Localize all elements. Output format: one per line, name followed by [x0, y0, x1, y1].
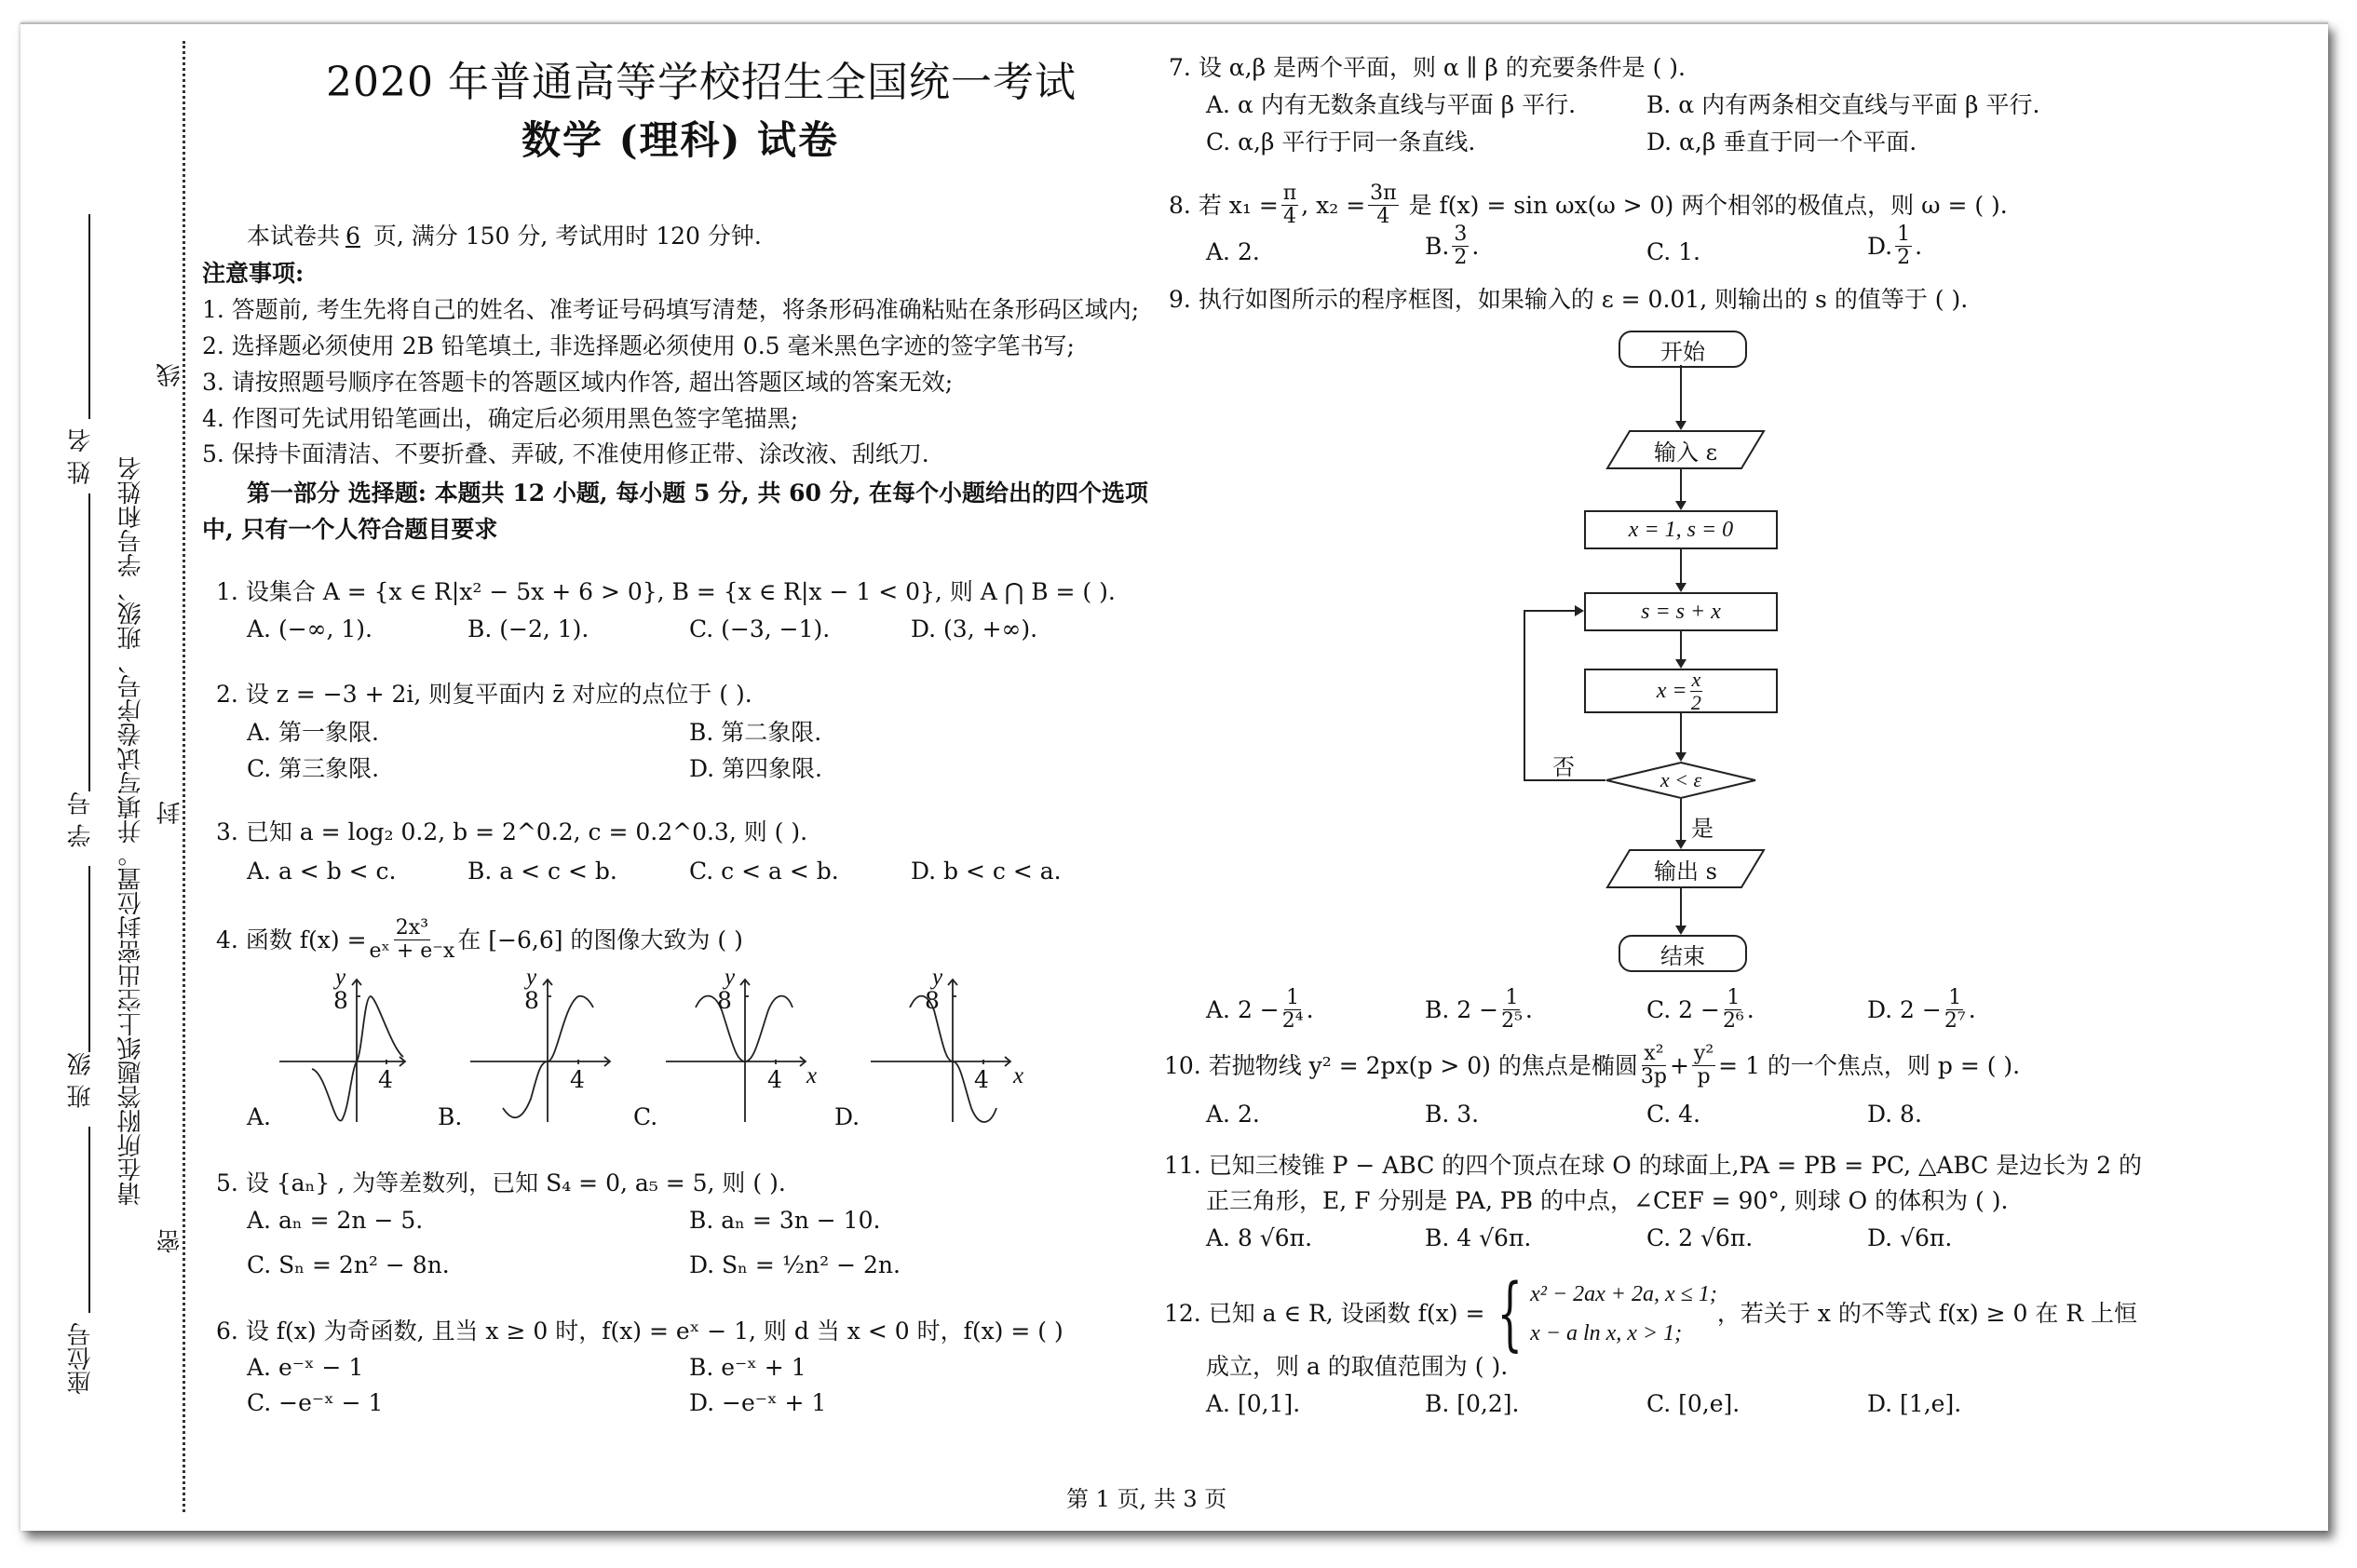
q4d-tick-8: 8 — [925, 987, 940, 1014]
arrow-down-icon — [1675, 421, 1686, 430]
flowchart-end: 结束 — [1619, 935, 1747, 972]
option-label: B. — [1425, 232, 1449, 262]
fraction-denominator: p — [1698, 1066, 1711, 1088]
q11-option-b[interactable]: B. 4 √6π. — [1425, 1223, 1531, 1253]
fraction-numerator: 3π — [1368, 182, 1398, 206]
q7-option-b[interactable]: B. α 内有两条相交直线与平面 β 平行. — [1646, 90, 2039, 120]
q10-option-c[interactable]: C. 4. — [1646, 1100, 1700, 1129]
fraction-denominator: 2⁵ — [1501, 1010, 1523, 1033]
note-4: 4. 作图可先试用铅笔画出，确定后必须用黑色签字笔描黑; — [202, 404, 798, 434]
q5-option-c[interactable]: C. Sₙ = 2n² − 8n. — [247, 1250, 450, 1280]
flowchart-connector — [1680, 799, 1682, 845]
class-field-line[interactable] — [88, 1127, 90, 1313]
q4-option-c[interactable]: C. — [633, 1103, 657, 1130]
q3-option-a[interactable]: A. a < b < c. — [247, 857, 397, 886]
pages-value: 6 — [340, 223, 366, 250]
fraction-numerator: 1 — [1946, 987, 1963, 1010]
q6-option-c[interactable]: C. −e⁻ˣ − 1 — [247, 1388, 383, 1418]
q12-option-d[interactable]: D. [1,e]. — [1867, 1389, 1961, 1419]
halve-lhs: x = — [1657, 679, 1687, 704]
exam-subtitle: 数学 (理科) 试卷 — [522, 110, 839, 166]
option-label: C. 2 − — [1646, 995, 1720, 1025]
q9-option-a[interactable]: A. 2 − 12⁴. — [1206, 987, 1314, 1033]
q6-option-d[interactable]: D. −e⁻ˣ + 1 — [689, 1388, 826, 1418]
q2-option-a[interactable]: A. 第一象限. — [247, 718, 379, 748]
q4a-tick-4: 4 — [378, 1066, 393, 1093]
pages-suffix: 页, 满分 150 分, 考试用时 120 分钟. — [373, 223, 762, 250]
class-label: 班 级 — [67, 1052, 95, 1108]
flowchart-condition: x < ε — [1605, 762, 1756, 799]
question-number: 1. — [216, 578, 238, 605]
flowchart-output: 输出 s — [1606, 849, 1765, 888]
q6-option-a[interactable]: A. e⁻ˣ − 1 — [247, 1353, 363, 1383]
q12-option-a[interactable]: A. [0,1]. — [1206, 1389, 1300, 1419]
q1-option-a[interactable]: A. (−∞, 1). — [247, 615, 373, 644]
q11-option-a[interactable]: A. 8 √6π. — [1206, 1223, 1312, 1253]
question-text-suffix: = 1 的一个焦点，则 p = ( ). — [1718, 1051, 2020, 1081]
flowchart-init: x = 1, s = 0 — [1584, 510, 1778, 549]
fraction-denominator: 2 — [1691, 692, 1701, 714]
question-1-stem: 1. 设集合 A = {x ∈ R|x² − 5x + 6 > 0}, B = … — [216, 577, 1116, 607]
flowchart-accumulate: s = s + x — [1584, 592, 1778, 631]
piecewise-case-1: x² − 2ax + 2a, x ≤ 1; — [1530, 1275, 1717, 1314]
question-text: 设集合 A = {x ∈ R|x² − 5x + 6 > 0}, B = {x … — [246, 578, 1116, 605]
q8-option-d[interactable]: D. 12. — [1867, 223, 1922, 269]
flowchart-connector — [1680, 365, 1682, 428]
q4b-tick-4: 4 — [570, 1066, 585, 1093]
question-text-mid: , x₂ = — [1301, 191, 1365, 221]
question-text-suffix: 在 [−6,6] 的图像大致为 ( ) — [457, 926, 743, 955]
q8-option-b[interactable]: B. 32. — [1425, 223, 1479, 269]
fraction-denominator: 4 — [1283, 206, 1296, 228]
option-fraction: 12⁷ — [1944, 987, 1966, 1033]
q2-option-c[interactable]: C. 第三象限. — [247, 754, 379, 784]
name-label: 姓 名 — [67, 428, 95, 484]
seal-mark-seal: 封 — [156, 801, 184, 825]
fraction-denominator: 2 — [1897, 247, 1910, 269]
q10-option-d[interactable]: D. 8. — [1867, 1100, 1922, 1129]
q2-option-d[interactable]: D. 第四象限. — [689, 754, 822, 784]
question-9-stem: 9. 执行如图所示的程序框图，如果输入的 ε = 0.01, 则输出的 s 的值… — [1169, 285, 1968, 315]
question-2-stem: 2. 设 z = −3 + 2i, 则复平面内 z̄ 对应的点位于 ( ). — [216, 680, 752, 710]
question-10-stem: 10. 若抛物线 y² = 2px(p > 0) 的焦点是椭圆 x²3p + y… — [1164, 1043, 2020, 1088]
q4a-tick-8: 8 — [333, 987, 348, 1014]
notes-heading: 注意事项: — [202, 259, 304, 289]
q9-option-c[interactable]: C. 2 − 12⁶. — [1646, 987, 1754, 1033]
question-12-stem-line2: 成立，则 a 的取值范围为 ( ). — [1206, 1352, 1508, 1382]
seal-mark-line: 线 — [156, 363, 184, 387]
option-fraction: 12 — [1895, 223, 1912, 269]
seal-dotted-line — [183, 41, 185, 1512]
fraction-numerator: y² — [1692, 1043, 1715, 1066]
q4-option-b[interactable]: B. — [438, 1103, 462, 1130]
question-number: 2. — [216, 681, 238, 708]
q9-option-d[interactable]: D. 2 − 12⁷. — [1867, 987, 1976, 1033]
q4d-tick-4: 4 — [974, 1066, 989, 1093]
q11-option-c[interactable]: C. 2 √6π. — [1646, 1223, 1753, 1253]
q9-option-b[interactable]: B. 2 − 12⁵. — [1425, 987, 1533, 1033]
pages-prefix: 本试卷共 — [247, 223, 340, 250]
flowchart-halve: x = x2 — [1584, 669, 1778, 713]
q3-option-b[interactable]: B. a < c < b. — [467, 857, 617, 886]
note-1: 1. 答题前, 考生先将自己的姓名、准考证号码填写清楚，将条形码准确粘贴在条形码… — [202, 295, 1139, 325]
fraction-numerator: 1 — [1503, 987, 1520, 1010]
piecewise-function: { x² − 2ax + 2a, x ≤ 1; x − a ln x, x > … — [1484, 1274, 1716, 1354]
option-label: B. 2 − — [1425, 995, 1498, 1025]
arrow-down-icon — [1675, 926, 1686, 935]
question-text-suffix: 是 f(x) = sin ωx(ω > 0) 两个相邻的极值点，则 ω = ( … — [1409, 191, 2008, 221]
fraction-denominator: 2⁴ — [1282, 1010, 1304, 1033]
halve-fraction: x2 — [1690, 669, 1703, 714]
q7-option-a[interactable]: A. α 内有无数条直线与平面 β 平行. — [1206, 90, 1576, 120]
q1-option-b[interactable]: B. (−2, 1). — [467, 615, 589, 644]
question-number: 4. — [216, 926, 238, 955]
question-text: 若 x₁ = — [1199, 191, 1279, 221]
q4-graphs — [237, 968, 1169, 1145]
question-12-stem: 12. 已知 a ∈ R, 设函数 f(x) = { x² − 2ax + 2a… — [1164, 1274, 2137, 1354]
q3-option-c[interactable]: C. c < a < b. — [689, 857, 839, 886]
ellipse-y-fraction: y²p — [1692, 1043, 1715, 1088]
fraction-denominator: eˣ + e⁻x — [370, 940, 455, 963]
q2-option-b[interactable]: B. 第二象限. — [689, 718, 821, 748]
seal-mark-secret: 密 — [156, 1229, 184, 1253]
question-number: 11. — [1164, 1152, 1201, 1179]
fraction-numerator: x — [1690, 669, 1703, 692]
note-5: 5. 保持卡面清洁、不要折叠、弄破, 不准使用修正带、涂改液、刮纸刀. — [202, 439, 929, 469]
question-4-stem: 4. 函数 f(x) = 2x³eˣ + e⁻x 在 [−6,6] 的图像大致为… — [216, 917, 743, 963]
option-label: A. 2 − — [1206, 995, 1280, 1025]
arrow-down-icon — [1675, 659, 1686, 669]
question-text: 已知 a = log₂ 0.2, b = 2^0.2, c = 0.2^0.3,… — [246, 818, 807, 845]
question-number: 3. — [216, 818, 238, 845]
fraction-numerator: 1 — [1725, 987, 1741, 1010]
question-number: 10. — [1164, 1051, 1201, 1081]
fraction-numerator: x² — [1642, 1043, 1665, 1066]
question-text: 已知三棱锥 P − ABC 的四个顶点在球 O 的球面上,PA = PB = P… — [1209, 1152, 2142, 1179]
x2-fraction: 3π4 — [1368, 182, 1398, 228]
fraction-numerator: 2x³ — [394, 917, 430, 940]
section-heading-line1: 第一部分 选择题: 本题共 12 小题, 每小题 5 分, 共 60 分, 在每… — [247, 479, 1148, 508]
fraction-denominator: 2 — [1454, 247, 1467, 269]
section-heading-line2: 中, 只有一个人符合题目要求 — [202, 515, 497, 545]
flowchart-yes-label: 是 — [1691, 810, 1714, 843]
fraction-numerator: 1 — [1284, 987, 1301, 1010]
question-text: 设 α,β 是两个平面，则 α ∥ β 的充要条件是 ( ). — [1199, 54, 1686, 81]
flowchart-loop-vertical — [1524, 610, 1525, 781]
question-number: 12. — [1164, 1299, 1201, 1329]
note-2: 2. 选择题必须使用 2B 铅笔填土, 非选择题必须使用 0.5 毫米黑色字迹的… — [202, 331, 1075, 361]
q1-option-d[interactable]: D. (3, +∞). — [911, 615, 1037, 644]
question-11-stem: 11. 已知三棱锥 P − ABC 的四个顶点在球 O 的球面上,PA = PB… — [1164, 1151, 2142, 1181]
question-11-stem-line2: 正三角形，E, F 分别是 PA, PB 的中点，∠CEF = 90°, 则球 … — [1206, 1186, 2008, 1216]
q12-option-c[interactable]: C. [0,e]. — [1646, 1389, 1740, 1419]
q4-option-a[interactable]: A. — [247, 1103, 271, 1130]
flowchart-loop-top — [1524, 610, 1576, 612]
arrow-down-icon — [1675, 752, 1686, 762]
option-fraction: 32 — [1452, 223, 1469, 269]
question-text: 执行如图所示的程序框图，如果输入的 ε = 0.01, 则输出的 s 的值等于 … — [1199, 286, 1968, 313]
piecewise-case-2: x − a ln x, x > 1; — [1530, 1314, 1717, 1353]
fraction-denominator: 3p — [1641, 1066, 1667, 1088]
question-text: 设 {aₙ} , 为等差数列，已知 S₄ = 0, a₅ = 5, 则 ( ). — [246, 1169, 786, 1196]
q7-option-d[interactable]: D. α,β 垂直于同一个平面. — [1646, 128, 1917, 157]
q4c-axis-x: x — [806, 1063, 817, 1089]
question-text: 若抛物线 y² = 2px(p > 0) 的焦点是椭圆 — [1209, 1051, 1638, 1081]
question-number: 9. — [1169, 286, 1191, 313]
q8-option-c[interactable]: C. 1. — [1646, 237, 1700, 267]
flowchart-input: 输入 ε — [1606, 430, 1765, 469]
exam-title: 2020 年普通高等学校招生全国统一考试 — [326, 48, 1077, 108]
note-3: 3. 请按照题号顺序在答题卡的答题区域内作答, 超出答题区域的答案无效; — [202, 368, 953, 398]
q8-option-a[interactable]: A. 2. — [1206, 237, 1260, 267]
student-id-field-line[interactable] — [88, 866, 90, 1052]
q4c-tick-8: 8 — [717, 987, 732, 1014]
question-text: 已知 a ∈ R, 设函数 f(x) = — [1209, 1299, 1485, 1329]
q5-option-a[interactable]: A. aₙ = 2n − 5. — [247, 1206, 423, 1236]
intro-line: 本试卷共6 页, 满分 150 分, 考试用时 120 分钟. — [247, 222, 762, 251]
question-7-stem: 7. 设 α,β 是两个平面，则 α ∥ β 的充要条件是 ( ). — [1169, 53, 1686, 83]
option-label: D. — [1867, 232, 1892, 262]
question-number: 6. — [216, 1318, 238, 1345]
q6-option-b[interactable]: B. e⁻ˣ + 1 — [689, 1353, 806, 1383]
q11-option-d[interactable]: D. √6π. — [1867, 1223, 1952, 1253]
question-number: 5. — [216, 1169, 238, 1196]
q10-option-a[interactable]: A. 2. — [1206, 1100, 1260, 1129]
fraction-denominator: 2⁶ — [1723, 1010, 1744, 1033]
question-text-suffix: ，若关于 x 的不等式 f(x) ≥ 0 在 R 上恒 — [1717, 1299, 2137, 1329]
question-text: 设 z = −3 + 2i, 则复平面内 z̄ 对应的点位于 ( ). — [246, 681, 752, 708]
flowchart-start: 开始 — [1619, 331, 1747, 368]
question-text: 设 f(x) 为奇函数, 且当 x ≥ 0 时，f(x) = eˣ − 1, 则… — [246, 1318, 1063, 1345]
q4c-tick-4: 4 — [767, 1066, 782, 1093]
plus-sign: + — [1670, 1051, 1689, 1081]
option-fraction: 12⁶ — [1723, 987, 1744, 1033]
question-5-stem: 5. 设 {aₙ} , 为等差数列，已知 S₄ = 0, a₅ = 5, 则 (… — [216, 1169, 786, 1198]
x1-fraction: π4 — [1281, 182, 1298, 228]
q1-option-c[interactable]: C. (−3, −1). — [689, 615, 830, 644]
arrow-down-icon — [1675, 501, 1686, 510]
option-fraction: 12⁴ — [1282, 987, 1304, 1033]
piecewise-rows: x² − 2ax + 2a, x ≤ 1; x − a ln x, x > 1; — [1530, 1275, 1717, 1353]
question-text: 函数 f(x) = — [246, 926, 367, 955]
name-field-line[interactable] — [88, 214, 90, 419]
q7-option-c[interactable]: C. α,β 平行于同一条直线. — [1206, 128, 1475, 157]
fraction-numerator: 1 — [1895, 223, 1912, 247]
fraction-denominator: 2⁷ — [1944, 1010, 1966, 1033]
option-fraction: 12⁵ — [1501, 987, 1523, 1033]
arrow-down-icon — [1675, 583, 1686, 592]
fraction-denominator: 4 — [1376, 206, 1389, 228]
page-indicator: 第 1 页, 共 3 页 — [1066, 1480, 1226, 1513]
question-8-stem: 8. 若 x₁ = π4 , x₂ = 3π4 是 f(x) = sin ωx(… — [1169, 182, 2008, 228]
seat-label: 座位号 — [67, 1322, 95, 1395]
flowchart-no-label: 否 — [1552, 749, 1575, 781]
q4-option-d[interactable]: D. — [834, 1103, 860, 1130]
q3-option-d[interactable]: D. b < c < a. — [911, 857, 1062, 886]
q10-option-b[interactable]: B. 3. — [1425, 1100, 1479, 1129]
fraction-numerator: π — [1281, 182, 1298, 206]
fraction-numerator: 3 — [1452, 223, 1469, 247]
arrow-down-icon — [1675, 840, 1686, 849]
q5-option-b[interactable]: B. aₙ = 3n − 10. — [689, 1206, 880, 1236]
q12-option-b[interactable]: B. [0,2]. — [1425, 1389, 1519, 1419]
ellipse-x-fraction: x²3p — [1641, 1043, 1667, 1088]
binding-instruction-upper: 并填写试卷序号、班级、学号和姓名 — [117, 456, 145, 844]
option-label: D. 2 − — [1867, 995, 1942, 1025]
question-number: 7. — [1169, 54, 1191, 81]
question-number: 8. — [1169, 191, 1191, 221]
q5-option-d[interactable]: D. Sₙ = ½n² − 2n. — [689, 1250, 901, 1280]
q4-fraction: 2x³eˣ + e⁻x — [370, 917, 455, 963]
left-brace-icon: { — [1497, 1274, 1523, 1354]
binding-instruction-lower: 请在所附答题纸上空出密封位置。 — [117, 843, 145, 1206]
question-3-stem: 3. 已知 a = log₂ 0.2, b = 2^0.2, c = 0.2^0… — [216, 818, 807, 847]
name-field-line-lower[interactable] — [88, 493, 90, 791]
q4d-axis-x: x — [1013, 1063, 1023, 1089]
q4b-tick-8: 8 — [524, 987, 539, 1014]
question-6-stem: 6. 设 f(x) 为奇函数, 且当 x ≥ 0 时，f(x) = eˣ − 1… — [216, 1317, 1063, 1346]
arrow-right-icon — [1575, 605, 1584, 616]
student-id-label: 学 号 — [67, 791, 95, 847]
